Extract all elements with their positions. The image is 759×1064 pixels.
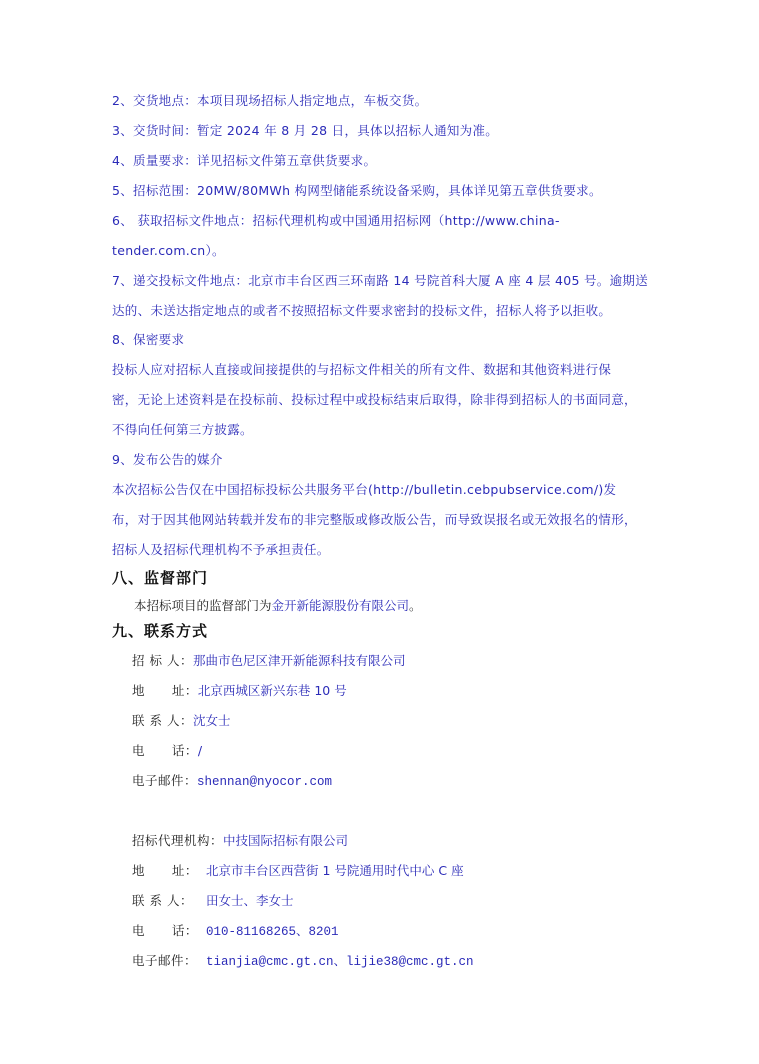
supervision-org: 金开新能源股份有限公司 — [272, 598, 410, 613]
agency-phone-row: 电 话：010-81168265、8201 — [132, 921, 339, 942]
tenderer-email-row: 电子邮件：shennan@nyocor.com — [132, 771, 332, 792]
agency-email[interactable]: tianjia@cmc.gt.cn、lijie38@cmc.gt.cn — [206, 955, 474, 969]
agency-name-row: 招标代理机构：中技国际招标有限公司 — [132, 831, 348, 851]
tenderer-phone-row: 电 话：/ — [132, 741, 202, 761]
tenderer-contact-row: 联 系 人：沈女士 — [132, 711, 230, 731]
tenderer-address-label: 地 址： — [132, 681, 198, 701]
item-doc-location-line2: tender.com.cn）。 — [112, 241, 225, 261]
tenderer-contact-label: 联 系 人： — [132, 711, 193, 731]
item-delivery-location: 2、交货地点：本项目现场招标人指定地点，车板交货。 — [112, 91, 427, 111]
agency-email-label: 电子邮件： — [132, 951, 206, 971]
section-heading-contact: 九、联系方式 — [112, 620, 208, 642]
item-delivery-time: 3、交货时间：暂定 2024 年 8 月 28 日，具体以招标人通知为准。 — [112, 121, 498, 141]
item-doc-location-line1: 6、 获取招标文件地点：招标代理机构或中国通用招标网（http://www.ch… — [112, 211, 560, 231]
tenderer-name-label: 招 标 人： — [132, 651, 193, 671]
item-quality-requirement: 4、质量要求：详见招标文件第五章供货要求。 — [112, 151, 376, 171]
document-page: 2、交货地点：本项目现场招标人指定地点，车板交货。 3、交货时间：暂定 2024… — [0, 0, 759, 1064]
supervision-text: 本招标项目的监督部门为金开新能源股份有限公司。 — [134, 596, 422, 616]
agency-address-label: 地 址： — [132, 861, 206, 881]
tenderer-email-label: 电子邮件： — [132, 771, 197, 791]
item-confidentiality-title: 8、保密要求 — [112, 330, 184, 350]
tenderer-email[interactable]: shennan@nyocor.com — [197, 775, 332, 789]
agency-contact: 田女士、李女士 — [206, 893, 294, 908]
publication-para-line2: 布，对于因其他网站转载并发布的非完整版或修改版公告，而导致误报名或无效报名的情形… — [112, 510, 637, 530]
agency-address: 北京市丰台区西营街 1 号院通用时代中心 C 座 — [206, 863, 464, 878]
tenderer-contact: 沈女士 — [193, 713, 231, 728]
publication-para-line1: 本次招标公告仅在中国招标投标公共服务平台(http://bulletin.ceb… — [112, 480, 616, 500]
item-tender-scope: 5、招标范围：20MW/80MWh 构网型储能系统设备采购，具体详见第五章供货要… — [112, 181, 602, 201]
agency-contact-label: 联 系 人： — [132, 891, 206, 911]
agency-name: 中技国际招标有限公司 — [223, 833, 348, 848]
tenderer-name: 那曲市色尼区津开新能源科技有限公司 — [193, 653, 406, 668]
item-publication-media-title: 9、发布公告的媒介 — [112, 450, 223, 470]
agency-phone-label: 电 话： — [132, 921, 206, 941]
confidentiality-para-line1: 投标人应对招标人直接或间接提供的与招标文件相关的所有文件、数据和其他资料进行保 — [112, 360, 611, 380]
confidentiality-para-line3: 不得向任何第三方披露。 — [112, 420, 253, 440]
tenderer-name-row: 招 标 人：那曲市色尼区津开新能源科技有限公司 — [132, 651, 405, 671]
agency-phone: 010-81168265、8201 — [206, 925, 339, 939]
confidentiality-para-line2: 密，无论上述资料是在投标前、投标过程中或投标结束后取得，除非得到招标人的书面同意… — [112, 390, 637, 410]
tenderer-phone-label: 电 话： — [132, 741, 198, 761]
supervision-text-suffix: 。 — [409, 598, 422, 613]
supervision-text-prefix: 本招标项目的监督部门为 — [134, 598, 272, 613]
agency-email-row: 电子邮件：tianjia@cmc.gt.cn、lijie38@cmc.gt.cn — [132, 951, 474, 972]
item-submission-location-line2: 达的、未送达指定地点的或者不按照招标文件要求密封的投标文件，招标人将予以拒收。 — [112, 301, 611, 321]
agency-contact-row: 联 系 人：田女士、李女士 — [132, 891, 294, 911]
item-submission-location-line1: 7、递交投标文件地点：北京市丰台区西三环南路 14 号院首科大厦 A 座 4 层… — [112, 271, 648, 291]
tenderer-phone: / — [198, 743, 202, 758]
publication-para-line3: 招标人及招标代理机构不予承担责任。 — [112, 540, 330, 560]
agency-name-label: 招标代理机构： — [132, 831, 223, 851]
section-heading-supervision: 八、监督部门 — [112, 567, 208, 589]
tenderer-address: 北京西城区新兴东巷 10 号 — [198, 683, 347, 698]
tenderer-address-row: 地 址：北京西城区新兴东巷 10 号 — [132, 681, 347, 701]
agency-address-row: 地 址：北京市丰台区西营街 1 号院通用时代中心 C 座 — [132, 861, 464, 881]
